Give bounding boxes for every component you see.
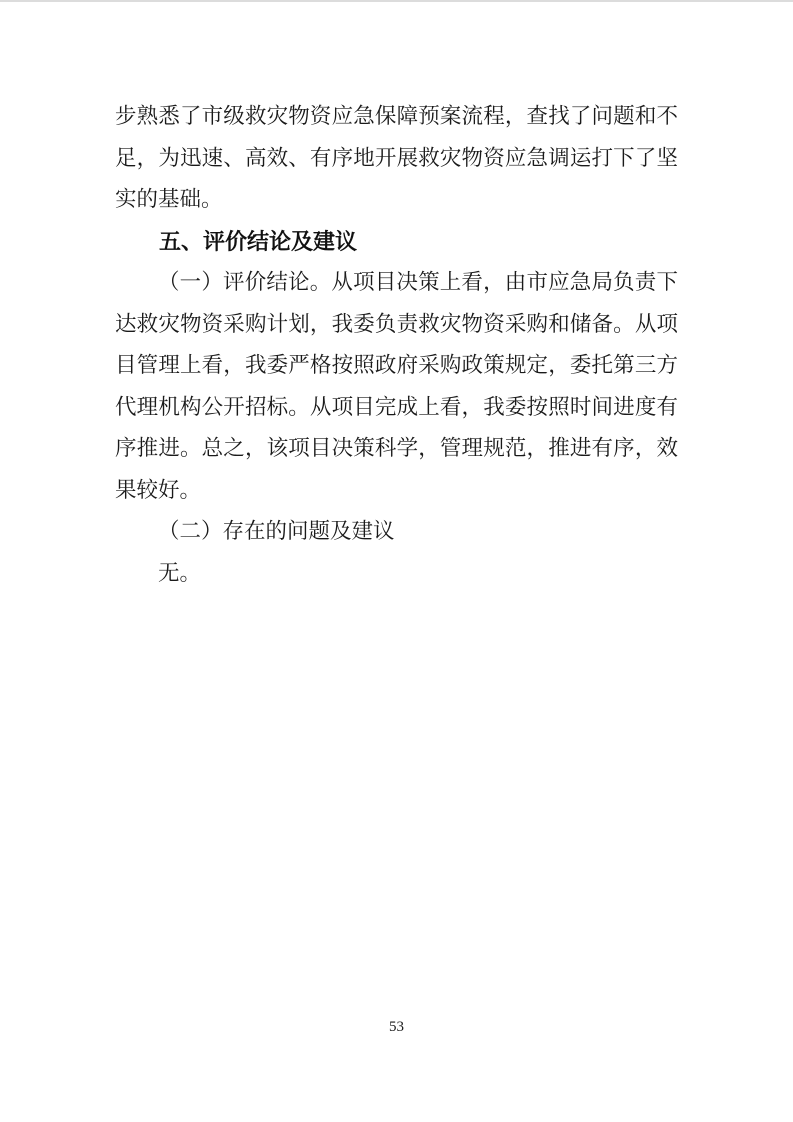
paragraph-continuation: 步熟悉了市级救灾物资应急保障预案流程，查找了问题和不足，为迅速、高效、有序地开展…: [115, 96, 678, 221]
subheading-evaluation-conclusion-lead: （一）评价结论。: [158, 270, 331, 294]
page-scan-edge: [0, 0, 793, 2]
page-footer: 53: [0, 1019, 793, 1036]
page-number: 53: [389, 1019, 404, 1035]
section-heading-conclusion-and-suggestions: 五、评价结论及建议: [115, 221, 678, 263]
paragraph-evaluation-conclusion: （一）评价结论。从项目决策上看，由市应急局负责下达救灾物资采购计划，我委负责救灾…: [115, 262, 678, 511]
evaluation-conclusion-text: 从项目决策上看，由市应急局负责下达救灾物资采购计划，我委负责救灾物资采购和储备。…: [115, 270, 678, 502]
subheading-issues-and-suggestions: （二）存在的问题及建议: [115, 511, 678, 553]
document-page: { "document": { "language": "zh-CN", "te…: [0, 0, 793, 1122]
document-body: 步熟悉了市级救灾物资应急保障预案流程，查找了问题和不足，为迅速、高效、有序地开展…: [115, 96, 678, 594]
paragraph-issues-none: 无。: [115, 553, 678, 595]
